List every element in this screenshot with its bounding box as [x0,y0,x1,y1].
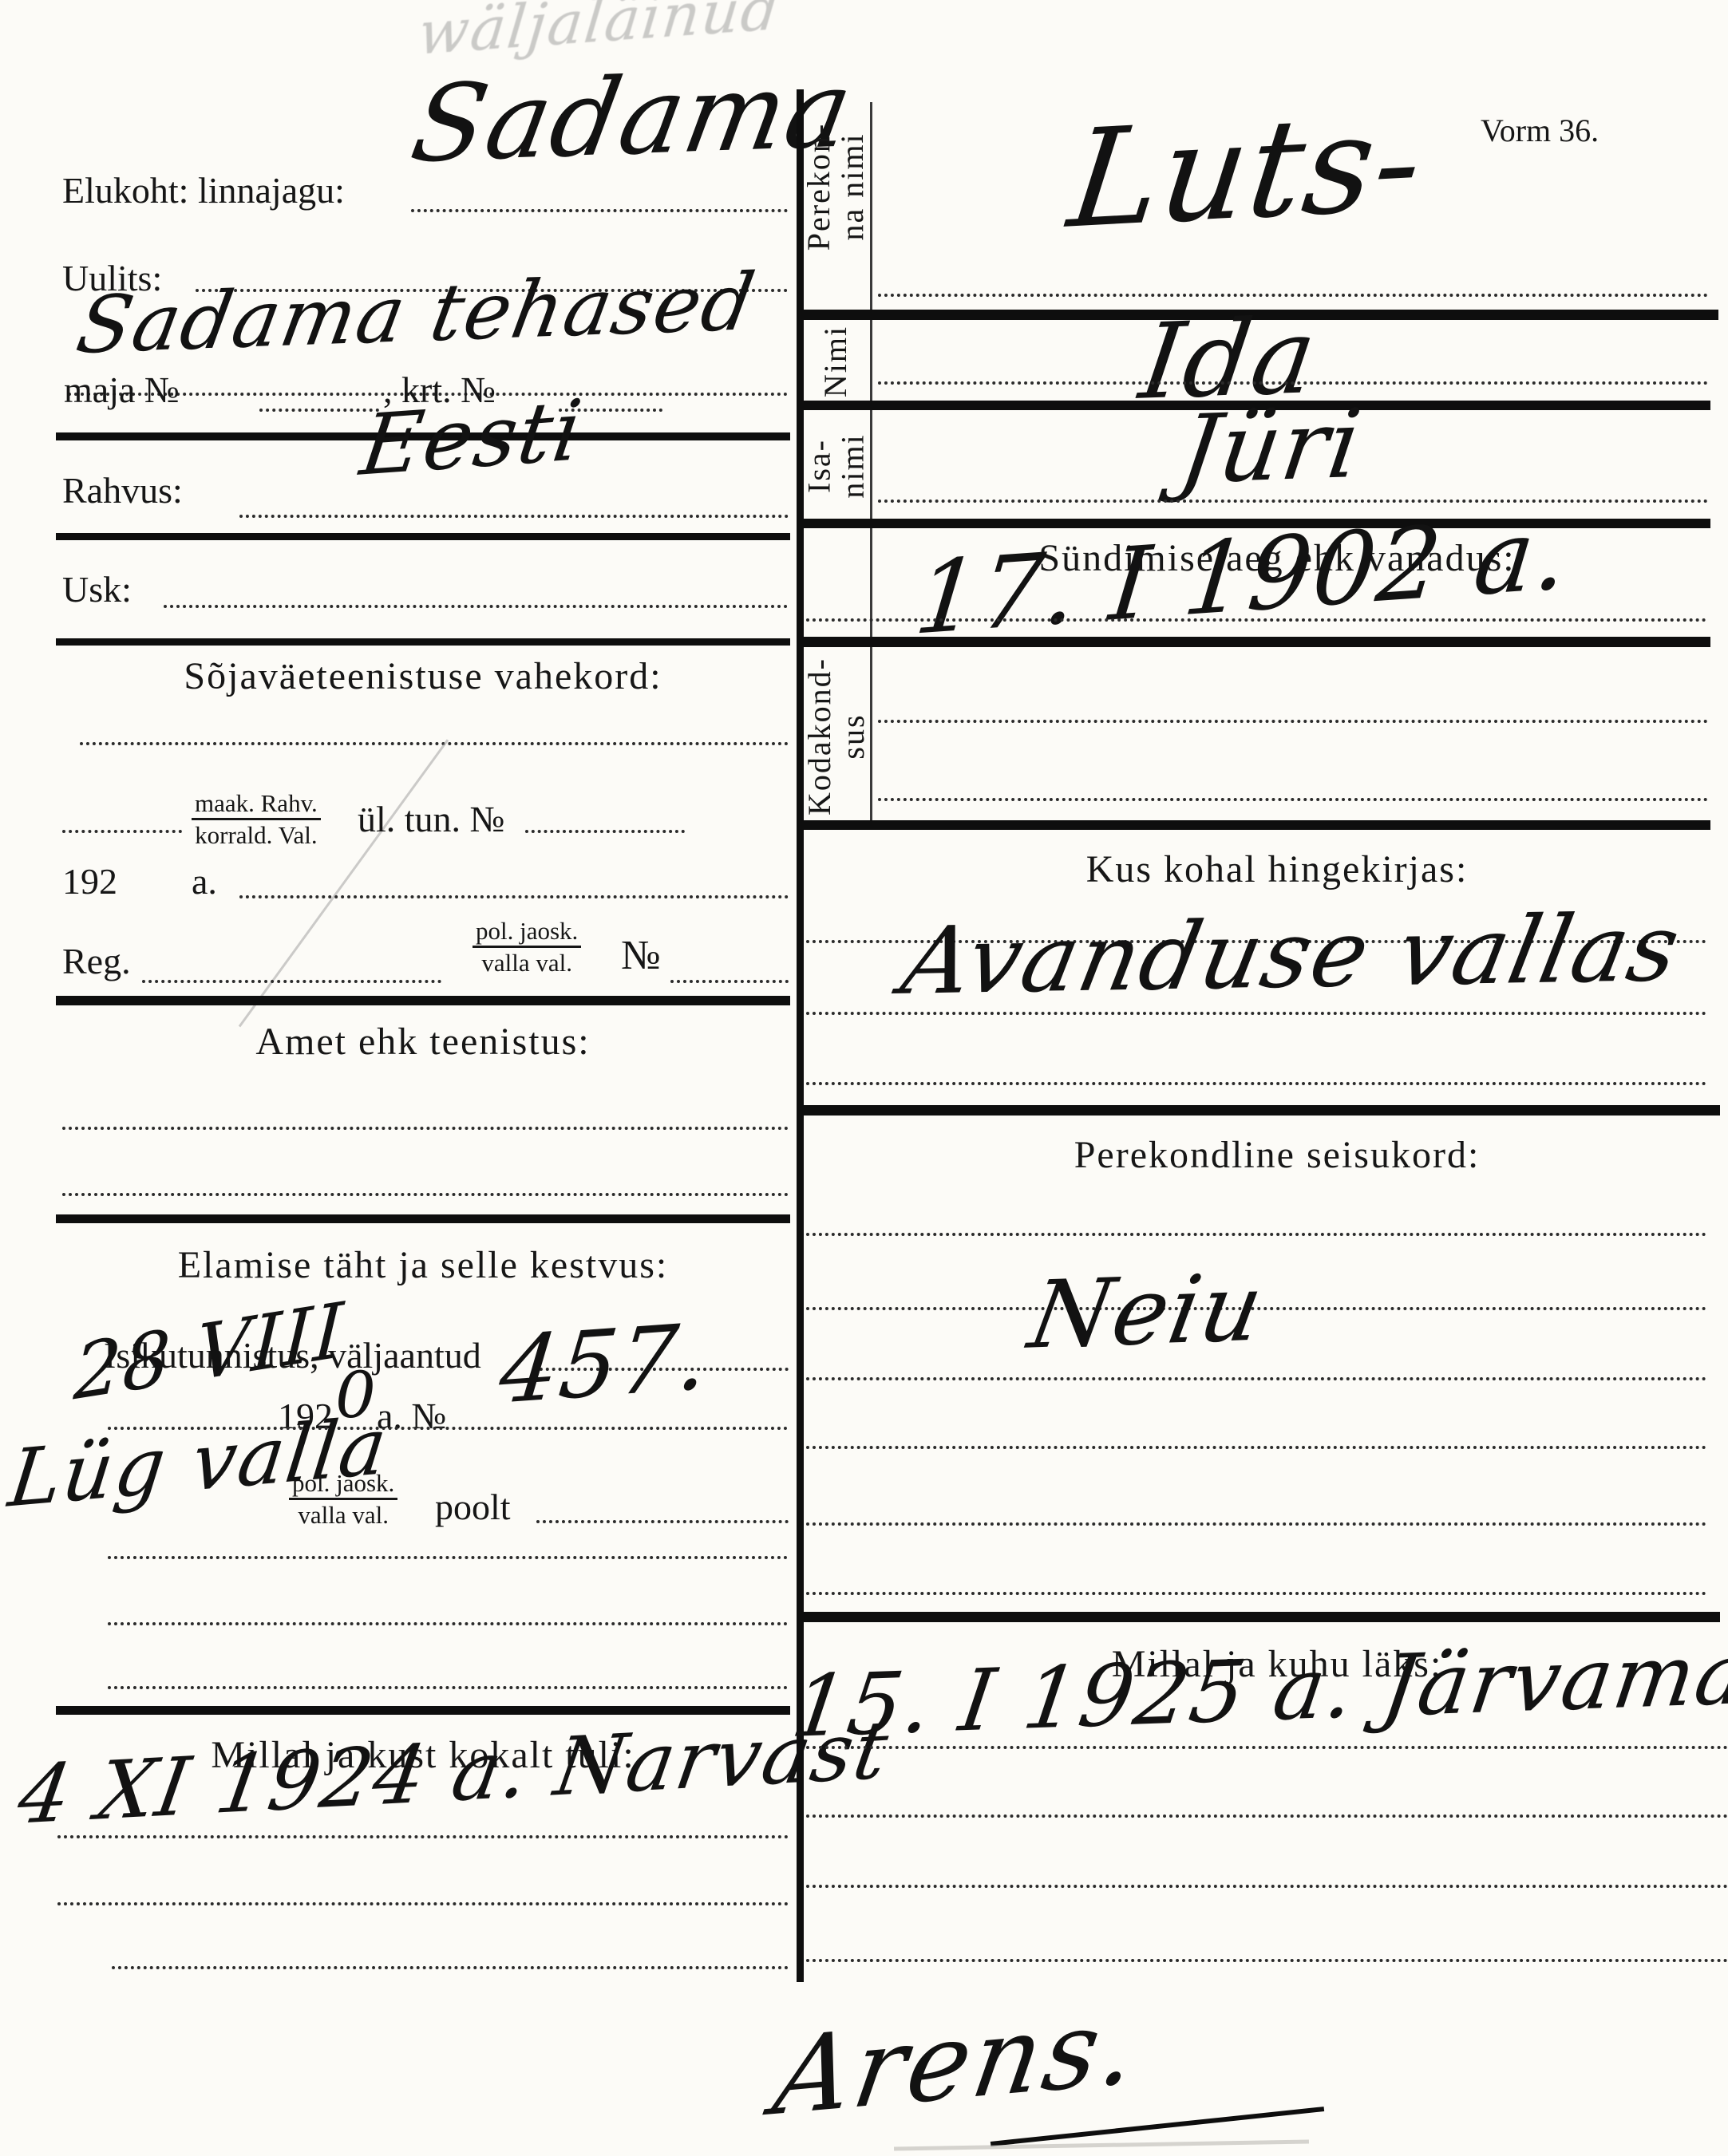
signature-handwriting: Arens. [766,1984,1148,2140]
divider-line [801,637,1710,647]
valla-val-label: valla val. [473,948,581,977]
dotted-line [239,515,789,518]
family-status-value-handwriting: Neiu [1022,1254,1272,1370]
name-vertical-label: Nimi [802,319,870,403]
elukoht-value-handwriting: Sadama [403,48,862,187]
surname-value-handwriting: Luts- [1062,82,1432,259]
dotted-line [142,980,441,983]
citizenship-vertical-label: Kodakond- sus [802,650,870,822]
reg-label: Reg. [62,940,131,982]
dotted-line [806,1233,1706,1236]
father-value-handwriting: Jüri [1173,388,1369,505]
dotted-line [108,1556,788,1559]
maja-number-label: maja № [64,369,180,411]
military-service-heading: Sõjaväeteenistuse vahekord: [56,654,790,698]
ul-tun-label: ül. tun. № [358,798,504,840]
pol-jaosk-fraction: pol. jaosk. valla val. [473,916,581,977]
divider-line [56,996,790,1005]
divider-line [801,1105,1720,1116]
dotted-line [670,980,789,983]
dotted-line [108,1686,788,1689]
father-name-vertical-label: Isa- nimi [802,413,870,519]
dotted-line [878,381,1708,385]
dotted-line [80,742,789,745]
dotted-line [411,209,788,212]
arrival-value-handwriting: 4 XI 1924 a. Narvast [12,1703,896,1842]
dotted-line [525,830,685,833]
dotted-line [57,1902,789,1905]
dotted-line [806,1522,1706,1526]
uulits-value-handwriting: Sadama tehased [70,257,762,372]
father-label-line2: nimi [836,433,870,498]
poolt-label: poolt [435,1486,511,1528]
maak-rahv-label: maak. Rahv. [192,788,321,820]
name-label: Nimi [820,325,853,397]
dotted-line [806,1959,1728,1962]
dotted-line [239,895,789,898]
reg-numero-sign: № [621,932,661,979]
dotted-line [806,618,1706,622]
valla-val-label: valla val. [289,1500,397,1530]
dotted-line [806,1446,1706,1449]
dotted-line [57,1835,789,1838]
divider-line [801,1612,1720,1622]
residence-permit-heading: Elamise täht ja selle kestvus: [56,1243,790,1287]
dotted-line [536,1520,789,1523]
pol-jaosk-label: pol. jaosk. [289,1468,397,1500]
dotted-line [164,605,788,608]
dotted-line [878,500,1708,503]
dotted-line [259,409,379,412]
pol-jaosk-fraction-2: pol. jaosk. valla val. [289,1468,397,1530]
departure-value-handwriting: 15. I 1925 a. Järvamaale [786,1620,1728,1756]
registered-residence-heading: Kus kohal hingekirjas: [878,847,1676,891]
father-label-line1: Isa- [803,433,836,498]
usk-label: Usk: [62,568,132,610]
divider-line [56,638,790,646]
dotted-line [62,1127,789,1130]
pencil-stroke [239,739,449,1027]
citizenship-label-line2: sus [836,657,870,815]
occupation-heading: Amet ehk teenistus: [56,1020,790,1064]
dotted-line [806,1814,1728,1818]
dotted-line [806,1885,1728,1888]
elukoht-label: Elukoht: linnajagu: [62,169,345,211]
citizenship-label-line1: Kodakond- [803,657,836,815]
dotted-line [878,798,1708,801]
korrald-val-label: korrald. Val. [192,820,321,850]
registration-card-page: wäljaläinud Vorm 36. Elukoht: linnajagu:… [0,0,1728,2156]
dotted-line [108,1622,788,1625]
dotted-line [806,1592,1706,1595]
dotted-line [112,1966,789,1969]
divider-line [56,1214,790,1223]
dotted-line [806,1012,1706,1015]
maak-korrald-fraction: maak. Rahv. korrald. Val. [192,788,321,850]
dotted-line [878,720,1708,723]
rahvus-label: Rahvus: [62,469,183,511]
year-192-label: 192 [62,860,117,902]
surname-label-line1: Perekon- [803,123,836,251]
year-a-label: a. [192,860,217,902]
dotted-line [806,1082,1706,1085]
pol-jaosk-label: pol. jaosk. [473,916,581,948]
rahvus-value-handwriting: Eesti [355,381,589,495]
dotted-line [62,830,182,833]
form-number: Vorm 36. [1481,112,1599,149]
surname-vertical-label: Perekon- na nimi [802,102,870,271]
divider-line [801,820,1710,830]
issued-number-handwriting: 457. [495,1302,714,1424]
surname-label-line2: na nimi [836,123,870,251]
dotted-line [62,1193,789,1196]
divider-line [56,533,790,540]
residence-value-handwriting: Avanduse vallas [894,894,1689,1016]
family-status-heading: Perekondline seisukord: [878,1133,1676,1177]
dotted-line [806,1377,1706,1380]
scan-smudge [894,2139,1309,2150]
dotted-line [806,1746,1728,1749]
